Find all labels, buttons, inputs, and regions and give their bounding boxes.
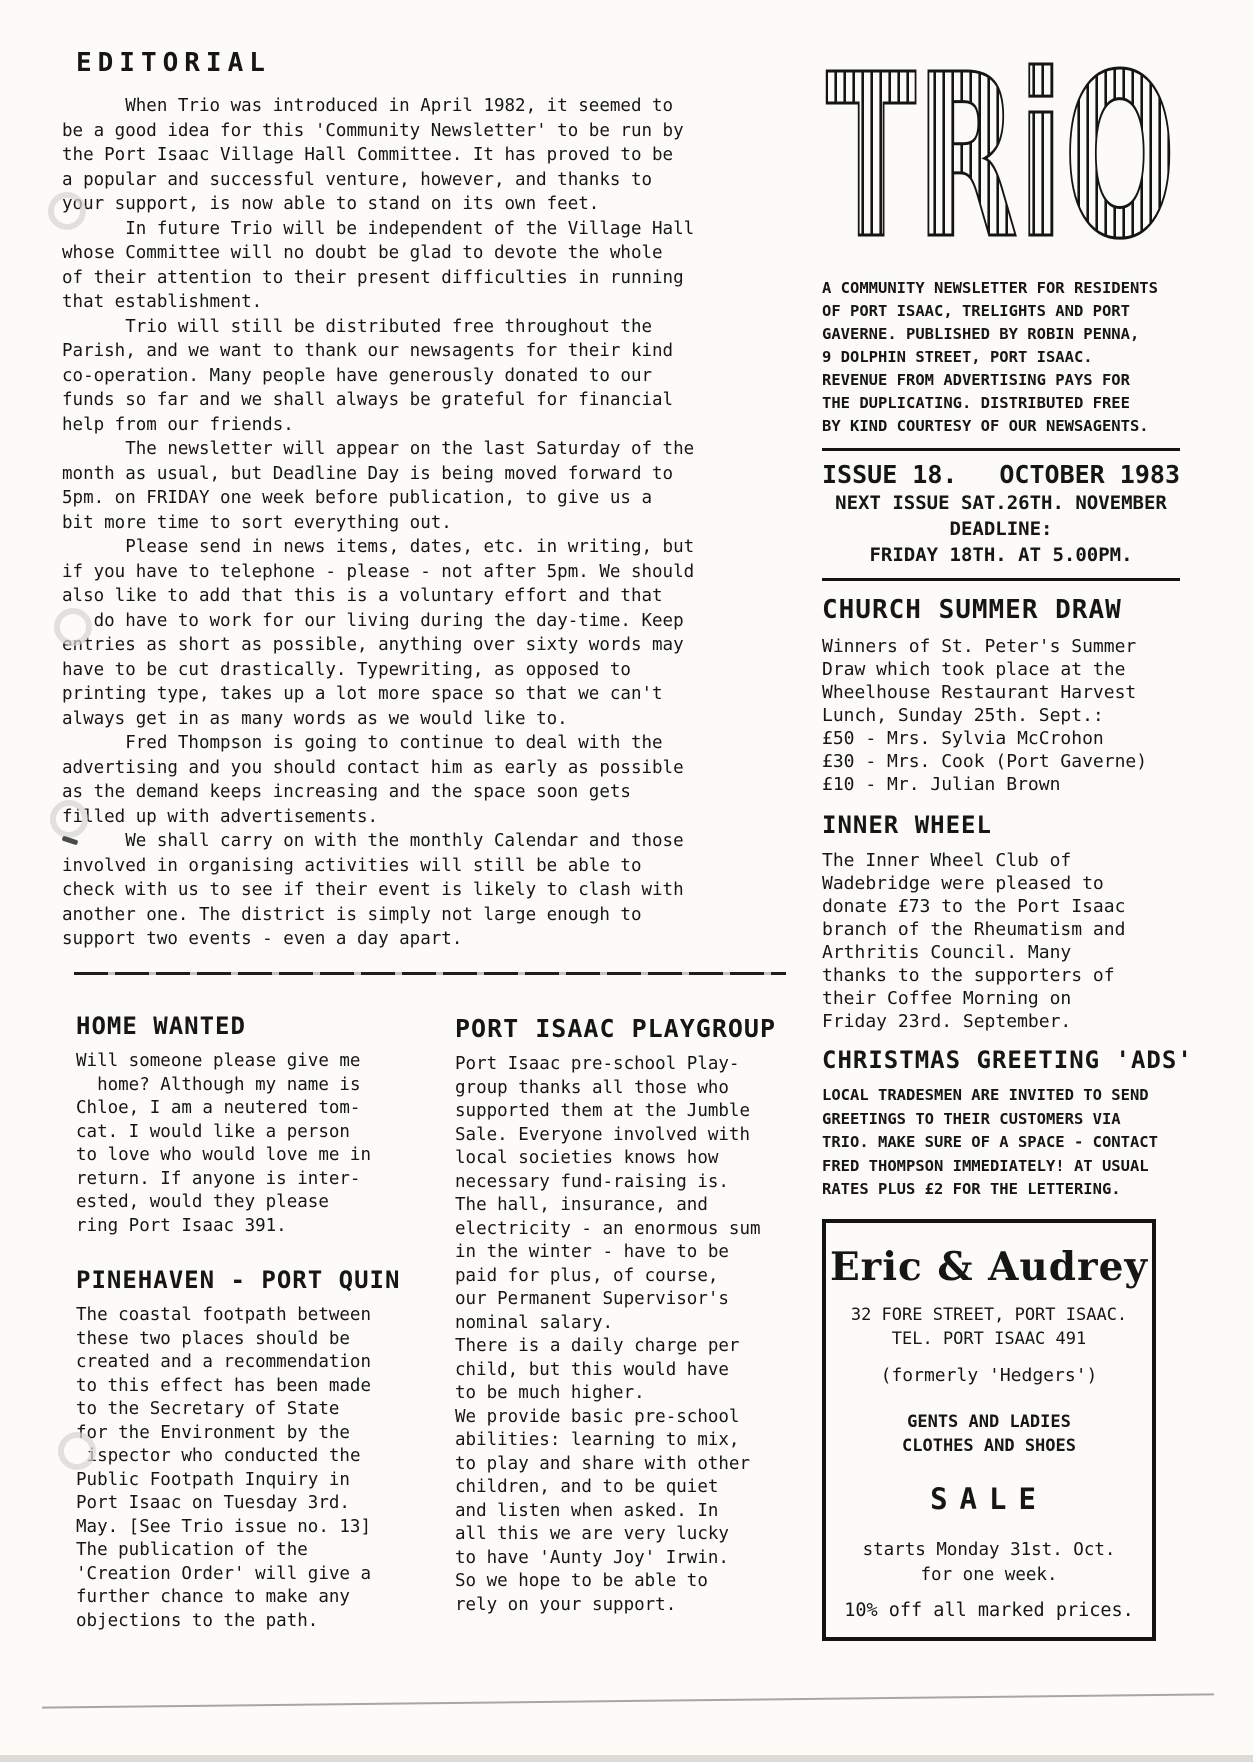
section-church-summer-draw: CHURCH SUMMER DRAW Winners of St. Peter'… [822, 595, 1180, 796]
issue-row: ISSUE 18. OCTOBER 1983 [822, 460, 1180, 490]
section-port-isaac-playgroup: PORT ISAAC PLAYGROUP Port Isaac pre-scho… [455, 1014, 805, 1617]
hole-punch-artifact [58, 1432, 96, 1470]
advert-sale-label: SALE [826, 1482, 1152, 1516]
inner-wheel-body: The Inner Wheel Club of Wadebridge were … [822, 849, 1180, 1033]
right-column: TRiO A COMMUNITY NEWSLETTER FOR RESIDENT… [822, 42, 1180, 1641]
scan-line-artifact [42, 1693, 1214, 1708]
section-pinehaven-port-quin: PINEHAVEN - PORT QUIN The coastal footpa… [76, 1266, 421, 1633]
section-home-wanted: HOME WANTED Will someone please give me … [76, 1012, 416, 1238]
issue-number: ISSUE 18. [822, 460, 957, 490]
hole-punch-artifact [48, 192, 86, 230]
inner-wheel-heading: INNER WHEEL [822, 811, 1180, 839]
playgroup-body: Port Isaac pre-school Play- group thanks… [455, 1053, 805, 1617]
pinehaven-body: The coastal footpath between these two p… [76, 1304, 421, 1633]
advert-address: 32 FORE STREET, PORT ISAAC. [826, 1303, 1152, 1327]
masthead-description: A COMMUNITY NEWSLETTER FOR RESIDENTS OF … [822, 277, 1180, 438]
advert-discount: 10% off all marked prices. [826, 1600, 1152, 1621]
issue-block: ISSUE 18. OCTOBER 1983 NEXT ISSUE SAT.26… [822, 448, 1180, 581]
advert-shop-name: Eric & Audrey [826, 1245, 1152, 1289]
church-draw-body: Winners of St. Peter's Summer Draw which… [822, 635, 1180, 796]
editorial-body: When Trio was introduced in April 1982, … [62, 94, 732, 952]
home-wanted-heading: HOME WANTED [76, 1012, 416, 1040]
issue-date: OCTOBER 1983 [999, 460, 1180, 490]
advert-formerly: (formerly 'Hedgers') [826, 1365, 1152, 1386]
next-issue-line: NEXT ISSUE SAT.26TH. NOVEMBER [822, 490, 1180, 516]
section-inner-wheel: INNER WHEEL The Inner Wheel Club of Wade… [822, 811, 1180, 1033]
christmas-heading: CHRISTMAS GREETING 'ADS' [822, 1046, 1180, 1074]
scan-edge-artifact [0, 1755, 1253, 1762]
church-draw-heading: CHURCH SUMMER DRAW [822, 595, 1180, 625]
christmas-body: LOCAL TRADESMEN ARE INVITED TO SEND GREE… [822, 1084, 1180, 1202]
advert-eric-and-audrey: Eric & Audrey 32 FORE STREET, PORT ISAAC… [822, 1219, 1156, 1641]
hole-punch-artifact [50, 800, 88, 838]
pinehaven-heading: PINEHAVEN - PORT QUIN [76, 1266, 421, 1294]
hole-punch-artifact [54, 608, 92, 646]
editorial-heading: EDITORIAL [76, 48, 271, 78]
deadline-time: FRIDAY 18TH. AT 5.00PM. [822, 542, 1180, 568]
home-wanted-body: Will someone please give me home? Althou… [76, 1050, 416, 1238]
playgroup-heading: PORT ISAAC PLAYGROUP [455, 1014, 805, 1043]
advert-goods-lines: GENTS AND LADIES CLOTHES AND SHOES [826, 1410, 1152, 1458]
advert-sale-details: starts Monday 31st. Oct. for one week. [826, 1538, 1152, 1588]
trio-logo: TRiO [822, 42, 1180, 257]
advert-telephone: TEL. PORT ISAAC 491 [826, 1327, 1152, 1351]
deadline-label: DEADLINE: [822, 516, 1180, 542]
trio-logo-text: TRiO [826, 42, 1176, 257]
newsletter-page: EDITORIAL When Trio was introduced in Ap… [0, 0, 1253, 1762]
editorial-divider-rule [74, 972, 786, 975]
section-christmas-greeting-ads: CHRISTMAS GREETING 'ADS' LOCAL TRADESMEN… [822, 1046, 1180, 1202]
